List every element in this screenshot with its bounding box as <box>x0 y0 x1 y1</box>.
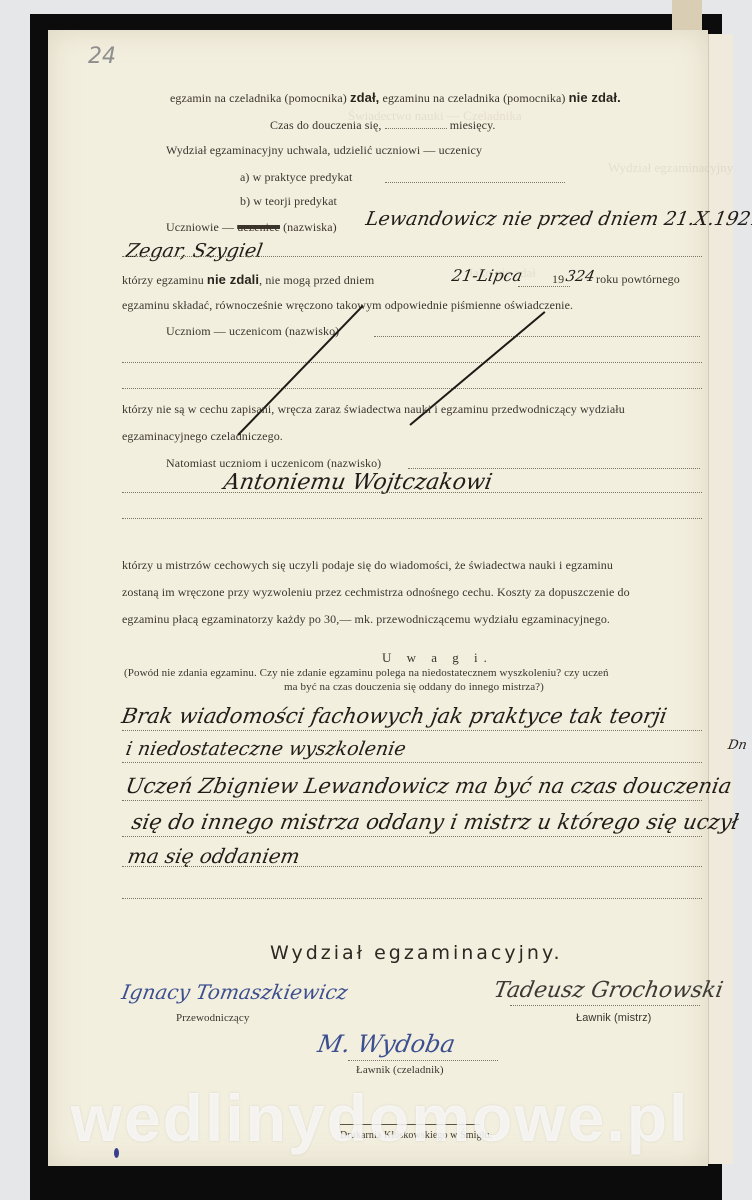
uwagi-subtitle-1: (Powód nie zdania egzaminu. Czy nie zdan… <box>124 667 609 679</box>
uwagi-line-1[interactable] <box>122 730 702 731</box>
uwagi-subtitle-2: ma być na czas douczenia się oddany do i… <box>284 681 544 693</box>
uczniom-field-1[interactable] <box>374 336 700 337</box>
exam-result-line: egzamin na czeladnika (pomocnika) zdał, … <box>170 90 621 106</box>
uczniom-label: Uczniom — uczenicom (nazwisko) <box>166 324 339 339</box>
year-prefix: 19 <box>552 272 564 287</box>
nie-w-cechu-2: egzaminacyjnego czeladniczego. <box>122 429 283 444</box>
uwagi-line-6[interactable] <box>122 898 702 899</box>
failed-bold: nie zdał. <box>569 90 621 105</box>
uwagi-line-4[interactable] <box>122 836 702 837</box>
text: , nie mogą przed dniem <box>259 273 374 287</box>
wydzial-uchwala: Wydział egzaminacyjny uchwala, udzielić … <box>166 143 482 158</box>
nie-zdali-bold: nie zdali <box>207 272 259 287</box>
uwagi-hand-line-5: ma się oddaniem <box>126 844 302 868</box>
roku-powtornego: roku powtórnego <box>596 272 680 287</box>
margin-note: Dn <box>727 738 748 753</box>
czas-field[interactable] <box>385 128 447 129</box>
mistrzow-line-3: egzaminu płacą egzaminatorzy każdy po 30… <box>122 612 610 627</box>
uwagi-hand-line-3: Uczeń Zbigniew Lewandowicz ma być na cza… <box>124 774 734 798</box>
praktyka-field[interactable] <box>385 182 565 183</box>
mistrzow-line-2: zostaną im wręczone przy wyzwoleniu prze… <box>122 585 630 600</box>
document-page: Świadectwo nauki — Czeladnika Wydział eg… <box>48 30 708 1166</box>
handwritten-students-1: Lewandowicz nie przed dniem 21.X.1921 <box>364 208 752 230</box>
ktorzy-nie-zdali-line: którzy egzaminu nie zdali, nie mogą prze… <box>122 272 374 288</box>
handwritten-date: 21-Lipca <box>450 266 524 285</box>
egzaminu-skladac: egzaminu składać, równocześnie wręczono … <box>122 298 573 313</box>
lawnik-mistrz-field[interactable] <box>510 1005 700 1006</box>
passed-bold: zdał, <box>350 90 379 105</box>
uczniowie-field[interactable] <box>122 256 702 257</box>
uczniom-field-3[interactable] <box>122 388 702 389</box>
handwritten-students-2: Zegar, Szygiel <box>124 240 264 262</box>
text: egzamin na czeladnika (pomocnika) <box>170 91 347 105</box>
praktyka-label: a) w praktyce predykat <box>240 170 352 185</box>
uwagi-title: U w a g i. <box>382 650 493 666</box>
natomiast-field-3[interactable] <box>122 518 702 519</box>
text: którzy egzaminu <box>122 273 204 287</box>
text: egzaminu na czeladnika (pomocnika) <box>383 91 566 105</box>
lawnik-mistrz-signature: Tadeusz Grochowski <box>492 978 725 1003</box>
wydzial-heading: Wydział egzaminacyjny. <box>270 942 563 964</box>
lawnik-czeladnik-label: Ławnik (czeladnik) <box>356 1064 444 1076</box>
struck-word: uczenice <box>237 220 280 234</box>
watermark: wedlinydomowe.pl <box>60 1080 700 1156</box>
czas-suffix: miesięcy. <box>450 118 496 132</box>
natomiast-field-1[interactable] <box>408 468 700 469</box>
lawnik-czeladnik-signature: M. Wydoba <box>316 1030 458 1058</box>
uwagi-hand-line-4: się do innego mistrza oddany i mistrz u … <box>130 810 741 834</box>
lawnik-mistrz-label: Ławnik (mistrz) <box>576 1012 651 1024</box>
handwritten-year: 324 <box>564 267 596 285</box>
natomiast-label: Natomiast uczniom i uczenicom (nazwisko) <box>166 456 381 471</box>
lawnik-czeladnik-field[interactable] <box>348 1060 498 1061</box>
uwagi-line-3[interactable] <box>122 800 702 801</box>
czas-label: Czas do douczenia się, <box>270 118 382 132</box>
uczniowie-label: Uczniowie — uczenice (nazwiska) <box>166 220 337 235</box>
scan-frame-notch <box>672 0 702 34</box>
mistrzow-line-1: którzy u mistrzów cechowych się uczyli p… <box>122 558 613 573</box>
nie-w-cechu-1: którzy nie są w cechu zapisani, wręcza z… <box>122 402 625 417</box>
czas-douczenia-line: Czas do douczenia się, miesięcy. <box>270 118 496 133</box>
uczniom-field-2[interactable] <box>122 362 702 363</box>
przewodniczacy-label: Przewodniczący <box>176 1012 249 1024</box>
natomiast-field-2[interactable] <box>122 492 702 493</box>
uwagi-hand-line-1: Brak wiadomości fachowych jak praktyce t… <box>120 704 669 728</box>
przewodniczacy-signature: Ignacy Tomaszkiewicz <box>120 980 350 1004</box>
teoria-label: b) w teorji predykat <box>240 194 337 209</box>
uwagi-hand-line-2: i niedostateczne wyszkolenie <box>124 738 408 760</box>
text: Uczniowie — <box>166 220 234 234</box>
text: (nazwiska) <box>283 220 337 234</box>
bleed-through-text: Wydział egzaminacyjny <box>608 160 733 176</box>
page-number: 24 <box>88 44 116 69</box>
uwagi-line-2[interactable] <box>122 762 702 763</box>
